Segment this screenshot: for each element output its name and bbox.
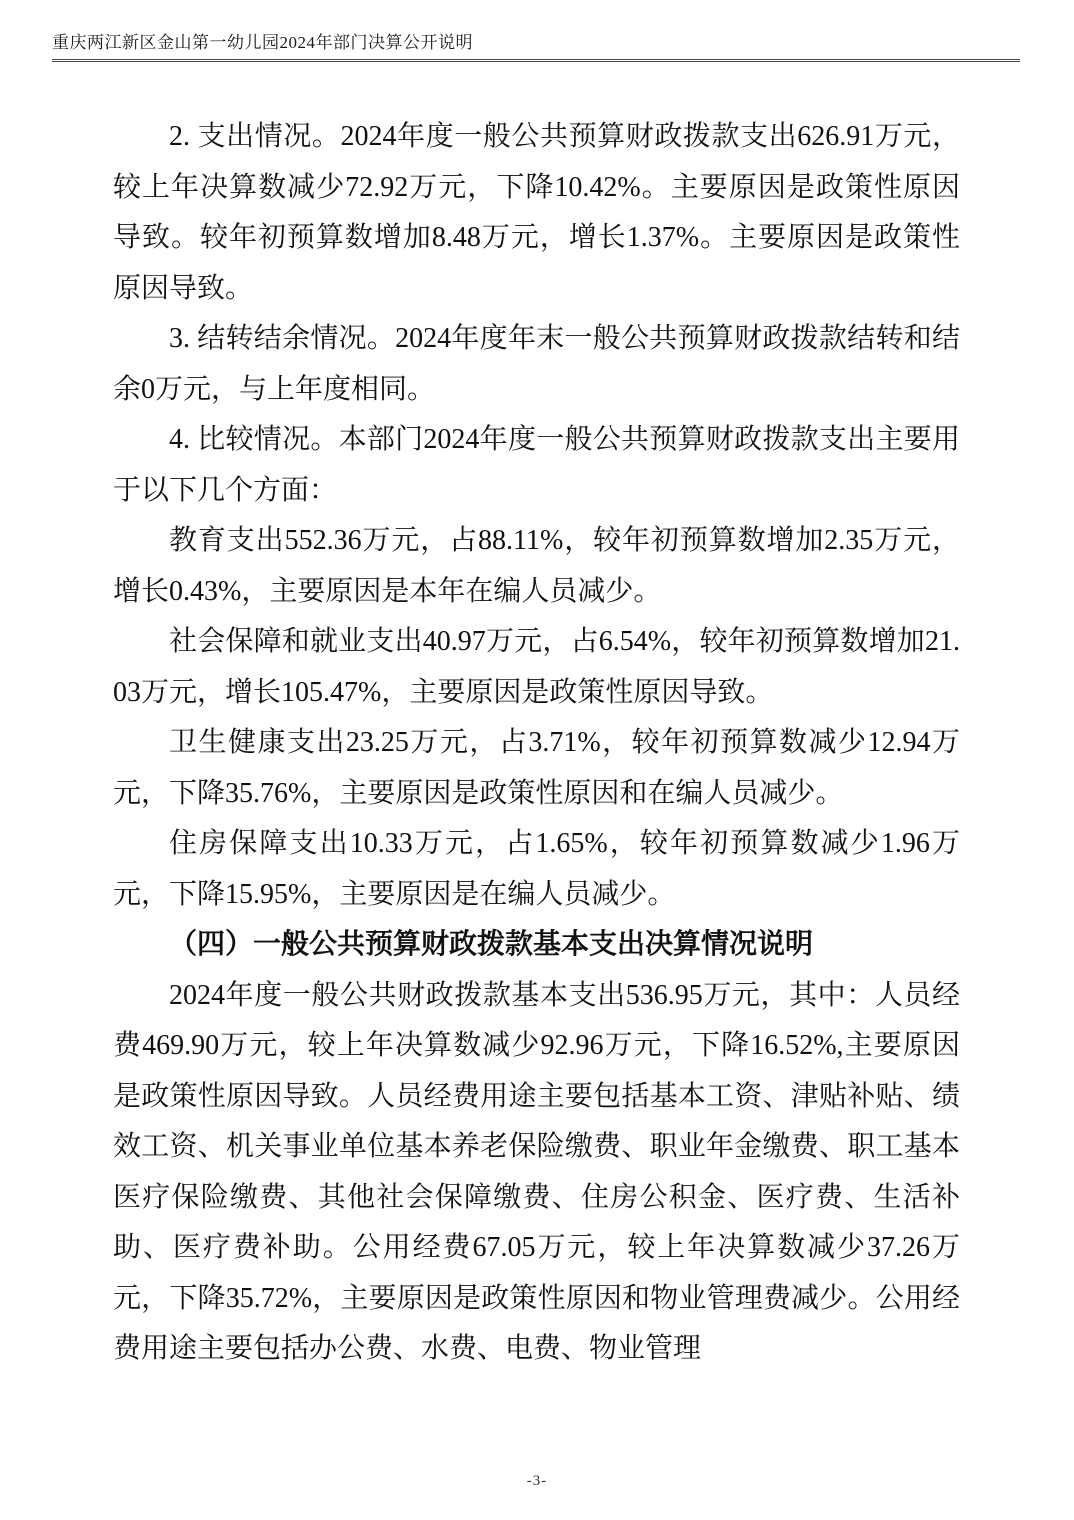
- paragraph-comparison-intro: 4. 比较情况。本部门2024年度一般公共预算财政拨款支出主要用于以下几个方面：: [113, 415, 960, 516]
- page-number: -3-: [527, 1473, 548, 1489]
- header-rule-divider: [52, 59, 1020, 62]
- paragraph-education-expenditure: 教育支出552.36万元，占88.11%，较年初预算数增加2.35万元，增长0.…: [113, 516, 960, 617]
- paragraph-health-expenditure: 卫生健康支出23.25万元，占3.71%，较年初预算数减少12.94万元，下降3…: [113, 718, 960, 819]
- paragraph-expenditure-overview: 2. 支出情况。2024年度一般公共预算财政拨款支出626.91万元，较上年决算…: [113, 112, 960, 314]
- section-heading-basic-expenditure: （四）一般公共预算财政拨款基本支出决算情况说明: [113, 920, 960, 971]
- page-header: 重庆两江新区金山第一幼儿园2024年部门决算公开说明: [52, 28, 1020, 62]
- document-page: 重庆两江新区金山第一幼儿园2024年部门决算公开说明 2. 支出情况。2024年…: [0, 0, 1074, 1520]
- paragraph-basic-expenditure-detail: 2024年度一般公共财政拨款基本支出536.95万元，其中：人员经费469.90…: [113, 971, 960, 1375]
- header-title: 重庆两江新区金山第一幼儿园2024年部门决算公开说明: [52, 28, 1020, 59]
- page-footer: -3-: [0, 1472, 1074, 1490]
- paragraph-carryover-balance: 3. 结转结余情况。2024年度年末一般公共预算财政拨款结转和结余0万元，与上年…: [113, 314, 960, 415]
- paragraph-social-security-expenditure: 社会保障和就业支出40.97万元，占6.54%，较年初预算数增加21.03万元，…: [113, 617, 960, 718]
- paragraph-housing-expenditure: 住房保障支出10.33万元，占1.65%，较年初预算数减少1.96万元，下降15…: [113, 819, 960, 920]
- document-body: 2. 支出情况。2024年度一般公共预算财政拨款支出626.91万元，较上年决算…: [113, 112, 960, 1375]
